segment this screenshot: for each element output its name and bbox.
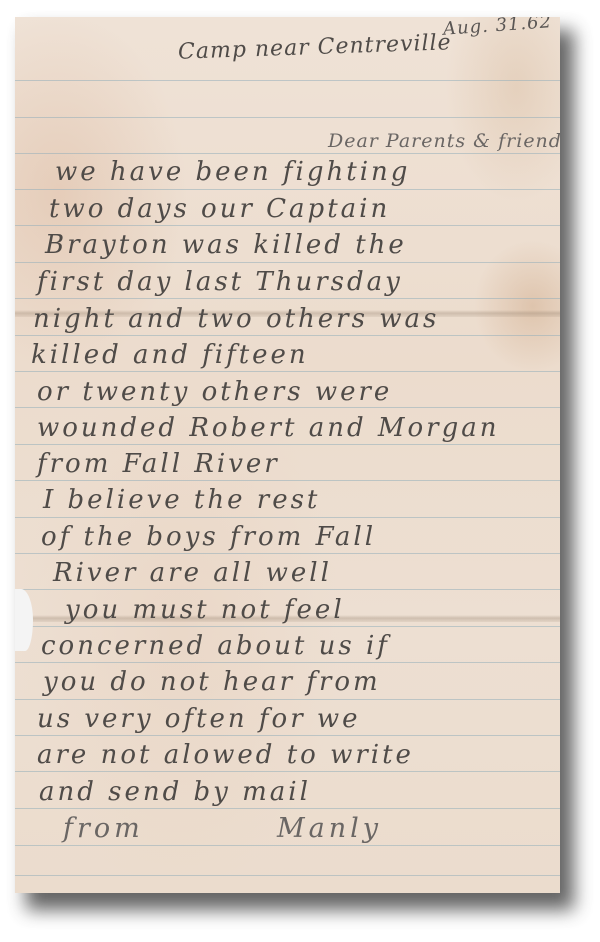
rule-line xyxy=(15,80,560,81)
letter-line: first day last Thursday xyxy=(37,267,403,297)
rule-line xyxy=(15,153,560,154)
rule-line xyxy=(15,117,560,118)
letter-line: you do not hear from xyxy=(43,667,381,697)
letter-line: are not alowed to write xyxy=(37,740,414,770)
rule-line xyxy=(15,735,560,736)
rule-line xyxy=(15,371,560,372)
rule-line xyxy=(15,771,560,772)
letter-line: night and two others was xyxy=(33,304,439,334)
letter-line: and send by mail xyxy=(39,777,311,807)
letter-line: I believe the rest xyxy=(43,485,320,515)
rule-line xyxy=(15,480,560,481)
letter-line: or twenty others were xyxy=(37,377,392,407)
letter-closing: from xyxy=(63,813,144,844)
letter-line: us very often for we xyxy=(37,704,361,734)
rule-line xyxy=(15,335,560,336)
rule-line xyxy=(15,845,560,846)
letter-line: concerned about us if xyxy=(41,631,390,661)
letter-line: two days our Captain xyxy=(49,194,390,224)
rule-line xyxy=(15,662,560,663)
rule-line xyxy=(15,444,560,445)
letter-line: you must not feel xyxy=(65,595,345,625)
rule-line xyxy=(15,553,560,554)
rule-line xyxy=(15,225,560,226)
rule-line xyxy=(15,808,560,809)
rule-line xyxy=(15,189,560,190)
letter-line: Brayton was killed the xyxy=(45,230,407,260)
letter-salutation: Dear Parents & friends xyxy=(328,130,560,152)
rule-line xyxy=(15,262,560,263)
rule-line xyxy=(15,407,560,408)
letter-page: Aug. 31.62 Camp near Centreville Dear Pa… xyxy=(15,17,560,893)
letter-line: killed and fifteen xyxy=(31,340,309,370)
rule-line xyxy=(15,626,560,627)
letter-line: of the boys from Fall xyxy=(41,522,376,552)
letter-line: from Fall River xyxy=(37,449,280,479)
rule-line xyxy=(15,875,560,876)
letter-line: wounded Robert and Morgan xyxy=(37,413,500,443)
rule-line xyxy=(15,699,560,700)
rule-line xyxy=(15,517,560,518)
letter-line: River are all well xyxy=(53,558,332,588)
letter-signature: Manly xyxy=(277,813,382,844)
rule-line xyxy=(15,589,560,590)
rule-line xyxy=(15,298,560,299)
letter-line: we have been fighting xyxy=(55,157,410,187)
